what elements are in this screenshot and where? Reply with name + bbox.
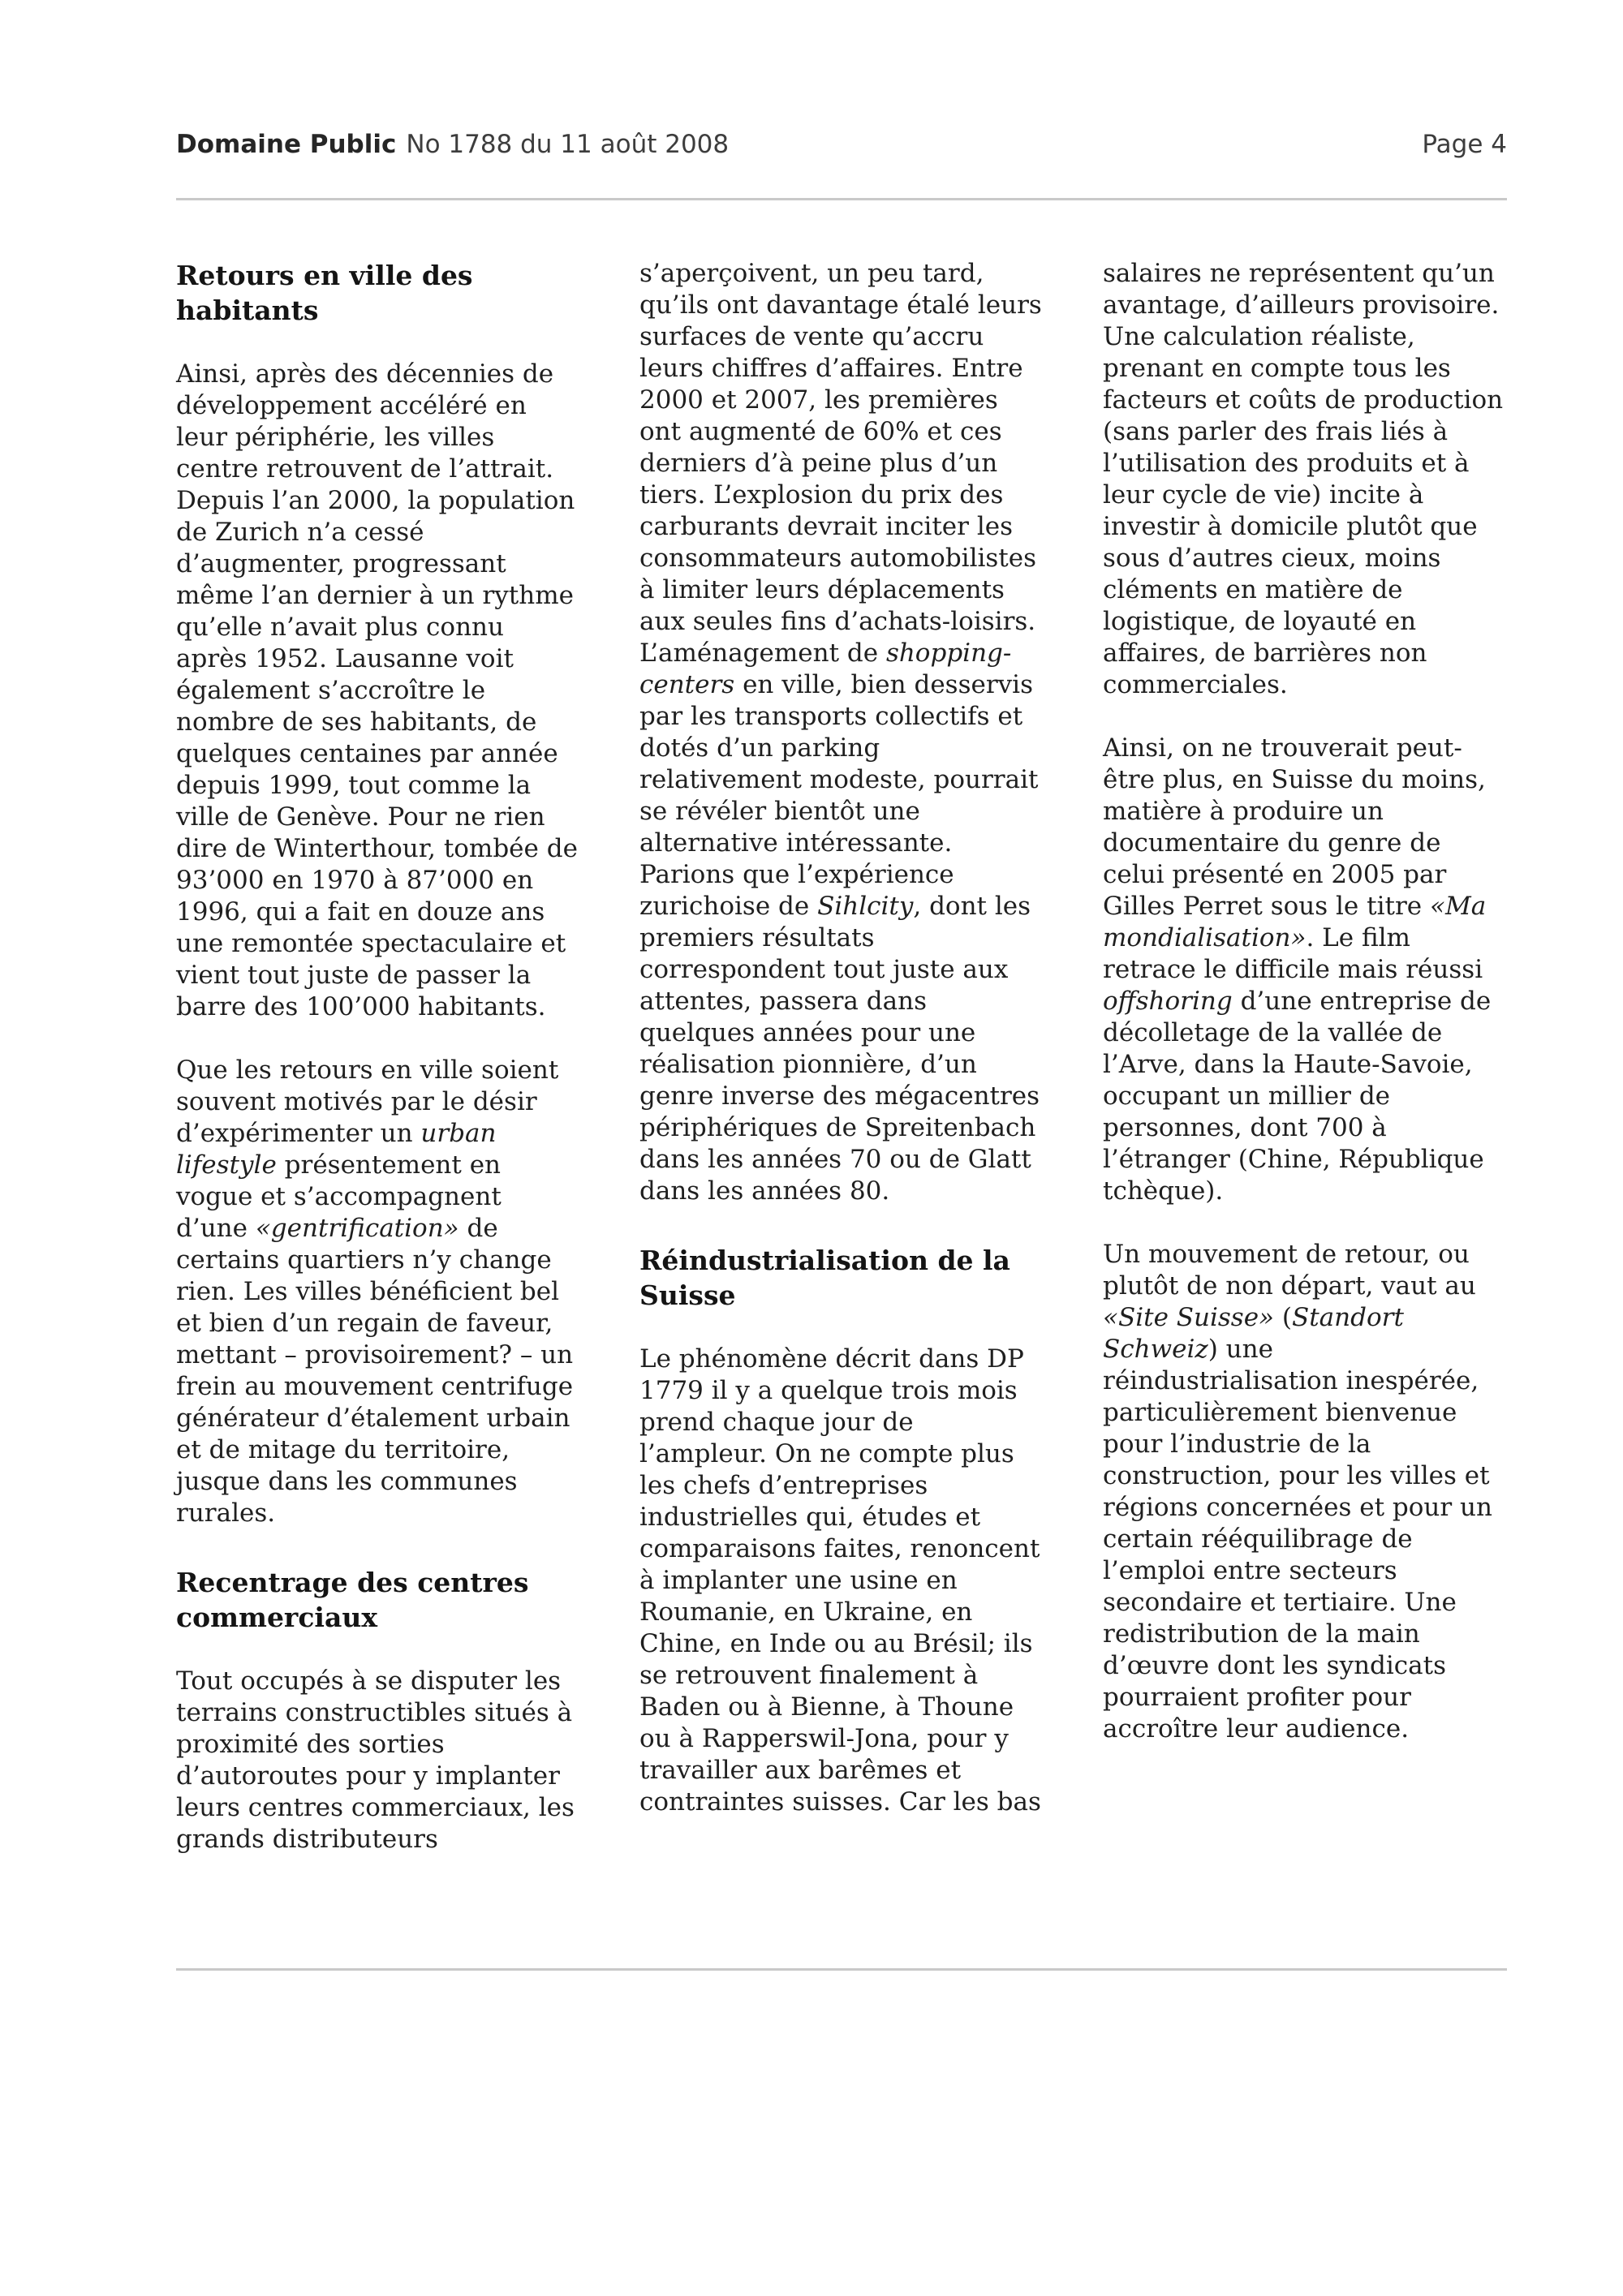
text-run: Tout occupés à se disputer les terrains … bbox=[176, 1666, 575, 1854]
header-left: Domaine PublicNo 1788 du 11 août 2008 bbox=[176, 128, 729, 161]
text-run: d’une entreprise de décolletage de la va… bbox=[1103, 987, 1491, 1206]
text-run: Un mouvement de retour, ou plutôt de non… bbox=[1103, 1240, 1476, 1301]
paragraph: salaires ne représentent qu’un avantage,… bbox=[1103, 258, 1507, 701]
header-rule bbox=[176, 198, 1507, 200]
issue-info: No 1788 du 11 août 2008 bbox=[406, 130, 729, 159]
paragraph: Le phénomène décrit dans DP 1779 il y a … bbox=[639, 1344, 1044, 1818]
text-run: Ainsi, après des décennies de développem… bbox=[176, 359, 578, 1021]
text-run: , dont les premiers résultats correspond… bbox=[639, 892, 1040, 1206]
text-run: ) une réindustrialisation inespérée, par… bbox=[1103, 1335, 1492, 1743]
text-run: s’aperçoivent, un peu tard, qu’ils ont d… bbox=[639, 259, 1042, 668]
page-number: Page 4 bbox=[1422, 128, 1507, 161]
italic-run: «Site Suisse» bbox=[1103, 1303, 1274, 1332]
text-run: Que les retours en ville soient souvent … bbox=[176, 1056, 558, 1148]
journal-name: Domaine Public bbox=[176, 130, 396, 159]
italic-run: «gentrification» bbox=[256, 1214, 459, 1243]
page-header: Domaine PublicNo 1788 du 11 août 2008 Pa… bbox=[176, 128, 1507, 161]
italic-run: offshoring bbox=[1103, 987, 1233, 1016]
text-run: ( bbox=[1274, 1303, 1292, 1332]
page: Domaine PublicNo 1788 du 11 août 2008 Pa… bbox=[0, 0, 1623, 2296]
text-run: salaires ne représentent qu’un avantage,… bbox=[1103, 259, 1503, 699]
text-run: de certains quartiers n’y change rien. L… bbox=[176, 1214, 573, 1528]
column-2: s’aperçoivent, un peu tard, qu’ils ont d… bbox=[639, 258, 1044, 1887]
paragraph: Ainsi, on ne trouverait peut-être plus, … bbox=[1103, 733, 1507, 1207]
text-run: en ville, bien desservis par les transpo… bbox=[639, 670, 1038, 921]
section-heading: Réindustrialisation de la Suisse bbox=[639, 1243, 1044, 1313]
article-columns: Retours en ville des habitantsAinsi, apr… bbox=[176, 258, 1507, 1887]
paragraph: s’aperçoivent, un peu tard, qu’ils ont d… bbox=[639, 258, 1044, 1207]
section-heading: Recentrage des centres commerciaux bbox=[176, 1565, 580, 1635]
paragraph: Que les retours en ville soient souvent … bbox=[176, 1055, 580, 1529]
column-1: Retours en ville des habitantsAinsi, apr… bbox=[176, 258, 580, 1887]
text-run: Le phénomène décrit dans DP 1779 il y a … bbox=[639, 1344, 1041, 1817]
paragraph: Tout occupés à se disputer les terrains … bbox=[176, 1666, 580, 1855]
footer-rule bbox=[176, 1968, 1507, 1971]
paragraph: Un mouvement de retour, ou plutôt de non… bbox=[1103, 1239, 1507, 1745]
text-run: Ainsi, on ne trouverait peut-être plus, … bbox=[1103, 733, 1486, 921]
italic-run: Sihlcity bbox=[817, 892, 913, 921]
column-3: salaires ne représentent qu’un avantage,… bbox=[1103, 258, 1507, 1887]
section-heading: Retours en ville des habitants bbox=[176, 258, 580, 328]
paragraph: Ainsi, après des décennies de développem… bbox=[176, 359, 580, 1023]
